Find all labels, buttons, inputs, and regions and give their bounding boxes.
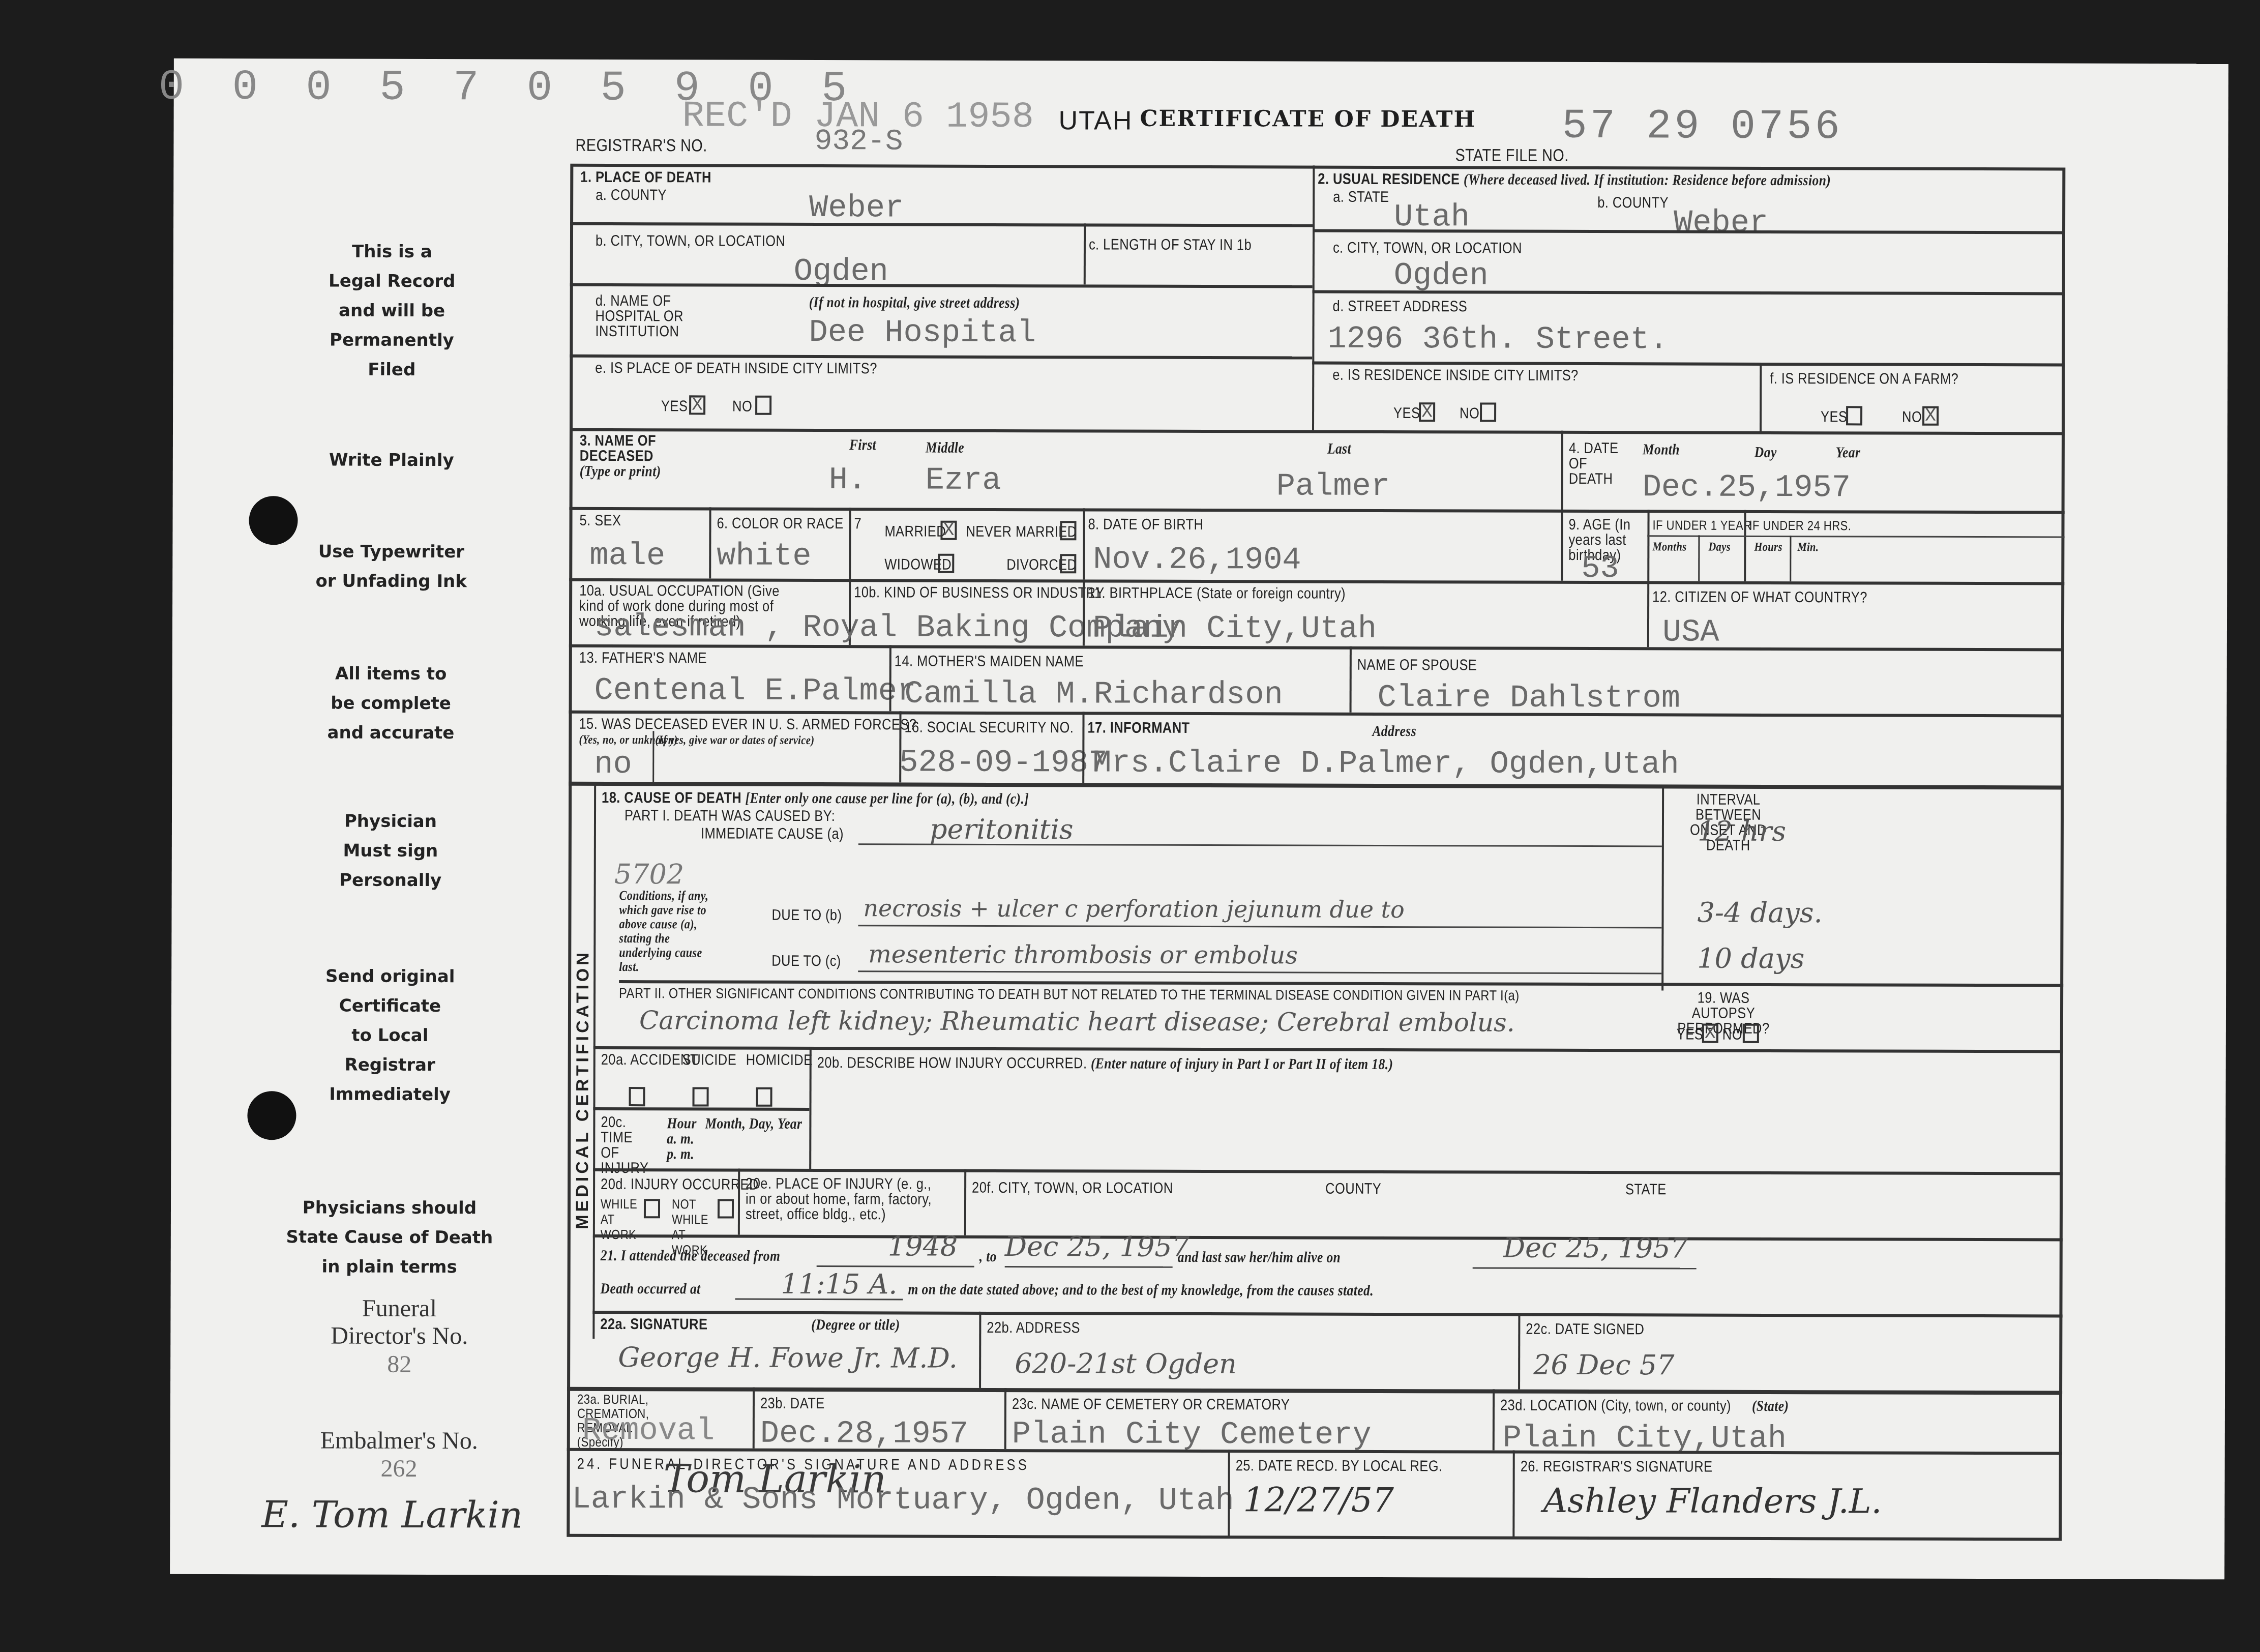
last-name: Palmer bbox=[1276, 468, 1390, 505]
farm-yes-checkbox[interactable] bbox=[1846, 406, 1862, 425]
describe-injury-label: 20b. DESCRIBE HOW INJURY OCCURRED. (Ente… bbox=[817, 1054, 1393, 1073]
conditions-hint: Conditions, if any, which gave rise to a… bbox=[619, 889, 710, 974]
death-inside-city-yes-checkbox[interactable]: X bbox=[689, 395, 705, 415]
residence-county-label: b. COUNTY bbox=[1597, 194, 1669, 212]
first-name: H. bbox=[829, 462, 867, 498]
mother-maiden-name: Camilla M.Richardson bbox=[905, 675, 1283, 713]
time-of-injury-label: 20c. TIME OF INJURY bbox=[601, 1115, 648, 1176]
residence-city-label: c. CITY, TOWN, OR LOCATION bbox=[1333, 240, 1522, 257]
cause-code: 5702 bbox=[614, 858, 685, 890]
death-inside-city-no-checkbox[interactable] bbox=[755, 396, 771, 415]
hospital-hint: (If not in hospital, give street address… bbox=[809, 294, 1020, 312]
to-label: , to bbox=[979, 1248, 997, 1265]
married-checkbox[interactable]: X bbox=[940, 521, 957, 540]
usual-residence-label: 2. USUAL RESIDENCE (Where deceased lived… bbox=[1318, 171, 1831, 190]
hours-label: Hours bbox=[1754, 541, 1782, 554]
residence-city: Ogden bbox=[1394, 257, 1489, 293]
punch-hole-bottom bbox=[247, 1091, 296, 1140]
immediate-cause-label: IMMEDIATE CAUSE (a) bbox=[701, 825, 844, 843]
armed-forces-label: 15. WAS DECEASED EVER IN U. S. ARMED FOR… bbox=[579, 716, 916, 734]
registrar-signature-label: 26. REGISTRAR'S SIGNATURE bbox=[1521, 1458, 1713, 1476]
cemetery-name: Plain City Cemetery bbox=[1012, 1416, 1372, 1453]
injury-date-label: Month, Day, Year bbox=[705, 1115, 802, 1133]
date-received-label: 25. DATE RECD. BY LOCAL REG. bbox=[1236, 1457, 1443, 1475]
hour-label: Hour bbox=[667, 1115, 696, 1132]
attended-label: 21. I attended the deceased from bbox=[601, 1247, 781, 1265]
first-label: First bbox=[849, 436, 876, 454]
burial-location-label: 23d. LOCATION (City, town, or county) bbox=[1500, 1397, 1731, 1415]
title-prefix: UTAH bbox=[1059, 105, 1133, 136]
race-label: 6. COLOR OR RACE bbox=[717, 515, 843, 533]
last-saw-date: Dec 25, 1957 bbox=[1503, 1232, 1688, 1264]
spouse-name: Claire Dahlstrom bbox=[1378, 680, 1680, 717]
note-send-original: Send original Certificate to Local Regis… bbox=[309, 961, 472, 1109]
death-certificate: 0 0 0 5 7 0 5 9 0 5 REC'D JAN 6 1958 UTA… bbox=[170, 58, 2228, 1580]
divorced-checkbox[interactable] bbox=[1060, 554, 1076, 573]
note-physician-sign: Physician Must sign Personally bbox=[309, 806, 472, 895]
death-time: 11:15 A. bbox=[781, 1268, 898, 1301]
cause-b: necrosis + ulcer c perforation jejunum d… bbox=[863, 894, 1404, 923]
married-label: MARRIED bbox=[884, 523, 946, 540]
date-received: 12/27/57 bbox=[1243, 1480, 1394, 1520]
cemetery-label: 23c. NAME OF CEMETERY OR CREMATORY bbox=[1012, 1396, 1290, 1413]
widowed-checkbox[interactable] bbox=[938, 554, 954, 573]
homicide-checkbox[interactable] bbox=[756, 1087, 772, 1107]
burial-type: Removal bbox=[582, 1412, 715, 1449]
cause-a: peritonitis bbox=[930, 813, 1074, 846]
injury-state-label: STATE bbox=[1625, 1181, 1667, 1198]
burial-date-label: 23b. DATE bbox=[760, 1395, 825, 1412]
suicide-checkbox[interactable] bbox=[693, 1087, 709, 1106]
birthplace-label: 11. BIRTHPLACE (State or foreign country… bbox=[1088, 584, 1346, 602]
attended-from: 1948 bbox=[888, 1230, 958, 1262]
farm-no-label: NO bbox=[1902, 409, 1922, 426]
autopsy-yes-checkbox[interactable]: X bbox=[1702, 1024, 1718, 1043]
residence-street: 1296 36th. Street. bbox=[1327, 321, 1668, 358]
suicide-label: SUICIDE bbox=[682, 1051, 736, 1069]
days-label: Days bbox=[1708, 541, 1731, 554]
funeral-director-no-label: Funeral Director's No. bbox=[298, 1294, 501, 1350]
due-to-b-label: DUE TO (b) bbox=[771, 907, 842, 924]
not-while-at-work-checkbox[interactable] bbox=[718, 1199, 734, 1219]
date-of-birth: Nov.26,1904 bbox=[1093, 541, 1301, 578]
place-of-injury-label: 20e. PLACE OF INJURY (e. g., in or about… bbox=[746, 1176, 936, 1223]
interval-b: 3-4 days. bbox=[1697, 897, 1822, 929]
residence-inside-city-yes-checkbox[interactable]: X bbox=[1419, 402, 1435, 422]
note-write-plainly: Write Plainly bbox=[310, 445, 473, 475]
death-occurred-label: Death occurred at bbox=[601, 1280, 701, 1298]
page-title: CERTIFICATE OF DEATH bbox=[1140, 106, 1476, 133]
autopsy-no-checkbox[interactable] bbox=[1743, 1024, 1759, 1043]
under-1-year-label: IF UNDER 1 YEAR bbox=[1652, 517, 1751, 534]
informant-label: 17. INFORMANT bbox=[1087, 719, 1190, 737]
marital-label: 7 bbox=[854, 515, 861, 533]
county-label: a. COUNTY bbox=[596, 187, 667, 204]
business-label: 10b. KIND OF BUSINESS OR INDUSTRY bbox=[854, 584, 1105, 602]
residence-inside-city-no-checkbox[interactable] bbox=[1480, 402, 1496, 422]
citizen-label: 12. CITIZEN OF WHAT COUNTRY? bbox=[1652, 588, 1867, 606]
while-at-work-checkbox[interactable] bbox=[644, 1199, 660, 1218]
embalmer-no: 262 bbox=[298, 1455, 501, 1483]
attended-to: Dec 25, 1957 bbox=[1005, 1230, 1190, 1263]
deceased-name-label: 3. NAME OF DECEASED(Type or print) bbox=[580, 433, 683, 480]
cause-of-death-label: 18. CAUSE OF DEATH [Enter only one cause… bbox=[602, 789, 1029, 808]
race: white bbox=[717, 538, 811, 574]
spouse-label: NAME OF SPOUSE bbox=[1357, 657, 1477, 674]
registrar-no: 932-S bbox=[814, 125, 903, 158]
ssn-label: 16. SOCIAL SECURITY NO. bbox=[904, 719, 1074, 736]
punch-hole-top bbox=[249, 496, 298, 545]
part1-label: PART I. DEATH WAS CAUSED BY: bbox=[625, 807, 835, 825]
min-label: Min. bbox=[1797, 541, 1819, 554]
dob-label: 8. DATE OF BIRTH bbox=[1088, 516, 1203, 534]
cause-c: mesenteric thrombosis or embolus bbox=[868, 940, 1298, 969]
middle-name: Ezra bbox=[926, 462, 1001, 498]
death-inside-city-yes-label: YES bbox=[661, 398, 688, 415]
residence-inside-city-no-label: NO bbox=[1460, 405, 1479, 422]
note-typewriter: Use Typewriter or Unfading Ink bbox=[294, 537, 488, 596]
sex-label: 5. SEX bbox=[579, 512, 621, 529]
interval-c: 10 days bbox=[1697, 942, 1804, 975]
physician-signature: George H. Fowe Jr. M.D. bbox=[618, 1341, 958, 1374]
state-file-no: 57 29 0756 bbox=[1562, 103, 1842, 151]
place-of-death-label: 1. PLACE OF DEATH bbox=[580, 169, 711, 187]
month-label: Month bbox=[1643, 441, 1680, 458]
funeral-director-no: 82 bbox=[298, 1350, 501, 1378]
day-label: Day bbox=[1755, 444, 1777, 461]
street-label: d. STREET ADDRESS bbox=[1333, 298, 1468, 316]
middle-label: Middle bbox=[926, 439, 964, 457]
signature-label: 22a. SIGNATURE bbox=[600, 1316, 707, 1334]
year-label: Year bbox=[1836, 444, 1861, 461]
father-label: 13. FATHER'S NAME bbox=[579, 650, 707, 667]
death-inside-city-label: e. IS PLACE OF DEATH INSIDE CITY LIMITS? bbox=[595, 360, 877, 377]
autopsy-yes-label: YES bbox=[1677, 1026, 1703, 1043]
due-to-c-label: DUE TO (c) bbox=[771, 953, 841, 970]
injury-county-label: COUNTY bbox=[1325, 1181, 1381, 1198]
under-24-hrs-label: IF UNDER 24 HRS. bbox=[1749, 518, 1851, 534]
state-label: a. STATE bbox=[1333, 189, 1389, 206]
never-married-checkbox[interactable] bbox=[1060, 521, 1076, 540]
autopsy-no-label: NO bbox=[1722, 1026, 1742, 1044]
death-county: Weber bbox=[809, 190, 904, 226]
physician-address-label: 22b. ADDRESS bbox=[987, 1319, 1080, 1337]
father-name: Centenal E.Palmer bbox=[594, 672, 916, 710]
part2-conditions: Carcinoma left kidney; Rheumatic heart d… bbox=[639, 1006, 1515, 1038]
city-label: b. CITY, TOWN, OR LOCATION bbox=[596, 232, 785, 250]
residence-county: Weber bbox=[1674, 204, 1768, 241]
farm-label: f. IS RESIDENCE ON A FARM? bbox=[1770, 370, 1958, 388]
part2-label: PART II. OTHER SIGNIFICANT CONDITIONS CO… bbox=[619, 985, 1520, 1004]
armed-forces-service-hint: (If yes, give war or dates of service) bbox=[655, 733, 814, 748]
informant-address-label: Address bbox=[1372, 723, 1416, 740]
date-signed: 26 Dec 57 bbox=[1533, 1349, 1674, 1381]
note-complete: All items to be complete and accurate bbox=[309, 659, 472, 748]
am-label: a. m. bbox=[667, 1130, 694, 1147]
death-inside-city-no-label: NO bbox=[732, 398, 752, 416]
interval-a: 12 hrs bbox=[1698, 815, 1786, 847]
date-signed-label: 22c. DATE SIGNED bbox=[1526, 1321, 1644, 1339]
accident-checkbox[interactable] bbox=[629, 1087, 645, 1106]
informant: Mrs.Claire D.Palmer, Ogden,Utah bbox=[1092, 745, 1679, 782]
pm-label: p. m. bbox=[667, 1145, 694, 1163]
last-label: Last bbox=[1327, 440, 1351, 458]
injury-city-label: 20f. CITY, TOWN, OR LOCATION bbox=[972, 1179, 1173, 1197]
degree-label: (Degree or title) bbox=[811, 1316, 900, 1334]
embalmer-no-label: Embalmer's No. bbox=[298, 1427, 501, 1455]
registrar-no-label: REGISTRAR'S NO. bbox=[575, 136, 707, 156]
registrar-signature: Ashley Flanders J.L. bbox=[1543, 1481, 1882, 1521]
burial-state-label: (State) bbox=[1752, 1398, 1789, 1415]
embalmer-signature: E. Tom Larkin bbox=[261, 1493, 523, 1536]
sex: male bbox=[589, 538, 665, 574]
hospital-name: Dee Hospital bbox=[809, 314, 1036, 351]
state-file-no-label: STATE FILE NO. bbox=[1455, 145, 1568, 166]
date-of-death: Dec.25,1957 bbox=[1643, 469, 1851, 506]
date-of-death-label: 4. DATE OF DEATH bbox=[1569, 441, 1621, 487]
homicide-label: HOMICIDE bbox=[746, 1052, 813, 1069]
burial-date: Dec.28,1957 bbox=[760, 1415, 968, 1452]
residence-inside-city-yes-label: YES bbox=[1393, 405, 1420, 422]
funeral-director-address: Larkin & Sons Mortuary, Ogden, Utah bbox=[572, 1481, 1234, 1519]
ssn: 528-09-1987 bbox=[899, 744, 1107, 781]
months-label: Months bbox=[1652, 540, 1686, 554]
citizenship: USA bbox=[1662, 614, 1719, 650]
last-saw-label: and last saw her/him alive on bbox=[1178, 1249, 1341, 1266]
hospital-label: d. NAME OF HOSPITAL OR INSTITUTION bbox=[595, 293, 695, 340]
mother-label: 14. MOTHER'S MAIDEN NAME bbox=[895, 653, 1084, 670]
length-of-stay-label: c. LENGTH OF STAY IN 1b bbox=[1089, 236, 1252, 254]
note-plain-terms: Physicians should State Cause of Death i… bbox=[267, 1193, 512, 1282]
farm-no-checkbox[interactable]: X bbox=[1922, 406, 1939, 426]
medical-certification-label: MEDICAL CERTIFICATION bbox=[573, 950, 593, 1229]
armed-forces: no bbox=[594, 746, 632, 782]
birthplace: Plain City,Utah bbox=[1093, 610, 1377, 646]
farm-yes-label: YES bbox=[1821, 408, 1847, 426]
physician-address: 620-21st Ogden bbox=[1015, 1347, 1237, 1380]
note-legal-record: This is a Legal Record and will be Perma… bbox=[310, 237, 473, 385]
injury-occurred-label: 20d. INJURY OCCURRED bbox=[601, 1176, 759, 1194]
residence-inside-city-label: e. IS RESIDENCE INSIDE CITY LIMITS? bbox=[1332, 367, 1579, 385]
death-occurred-suffix: m on the date stated above; and to the b… bbox=[908, 1281, 1374, 1300]
